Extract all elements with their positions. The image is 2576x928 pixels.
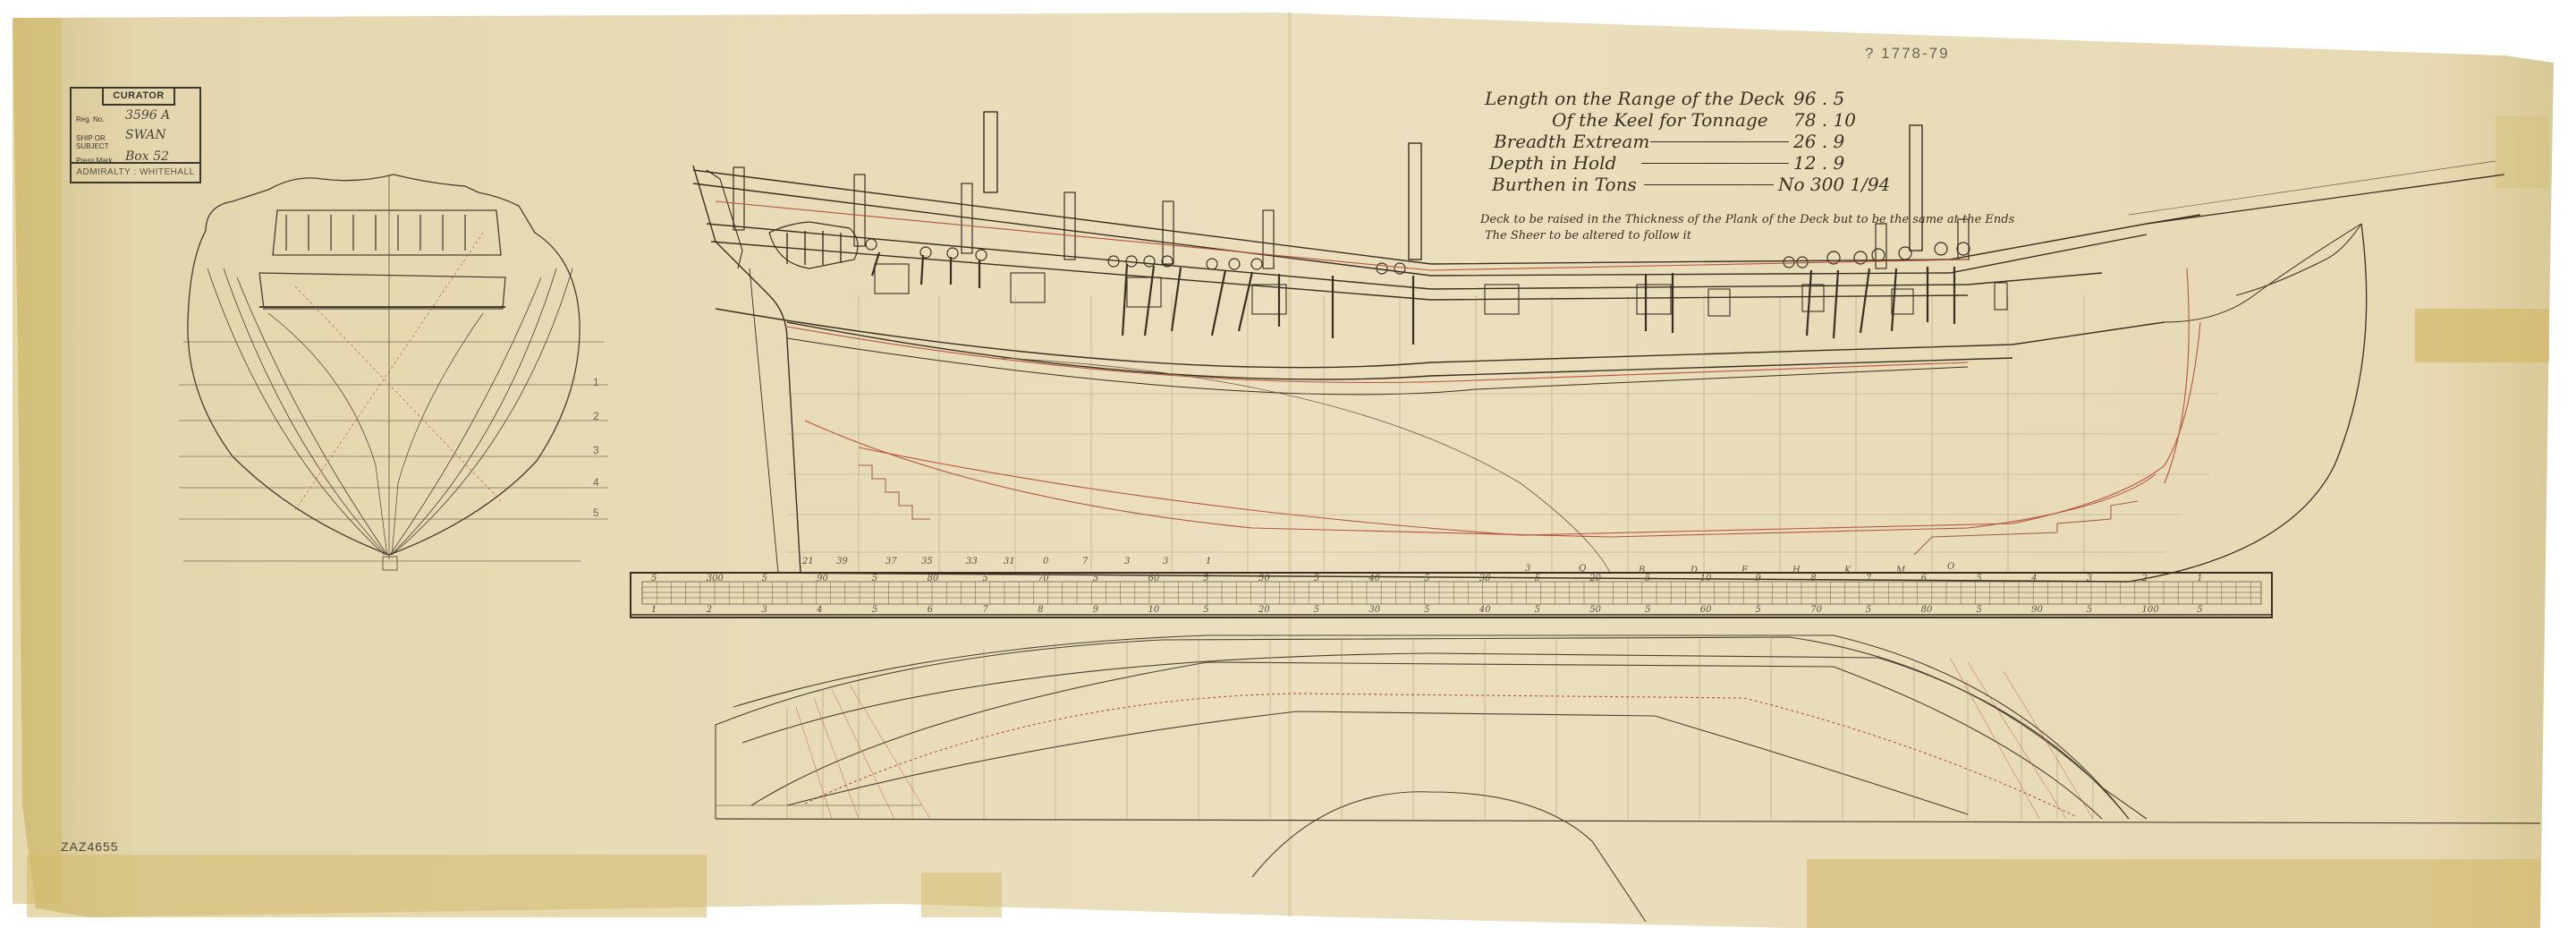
scale-label: 40	[1368, 574, 1380, 583]
scale-label: 20	[1589, 574, 1601, 583]
scale-label: 7	[1866, 574, 1871, 583]
ship-label-line2: SUBJECT	[76, 142, 108, 150]
dimension-label: Burthen in Tons	[1492, 174, 1637, 195]
station-label: O	[1947, 562, 1954, 572]
scale-label: 10	[1700, 574, 1712, 583]
ship-row: SHIP OR SUBJECT SWAN	[76, 134, 108, 150]
scale-label: 2	[2142, 574, 2148, 583]
scale-label: 80	[928, 574, 939, 583]
scale-label: 5	[1866, 605, 1871, 615]
scale-label: 8	[1810, 574, 1816, 583]
tape-stain	[27, 855, 707, 917]
paper-sheet	[13, 13, 2554, 928]
station-label: 37	[885, 557, 897, 566]
tape-stain	[921, 873, 1002, 917]
scale-label: 5	[1203, 605, 1208, 615]
scale-label: 3	[2087, 574, 2092, 583]
scale-label: 1	[651, 605, 657, 615]
waterline-label: 4	[593, 476, 599, 489]
scale-label: 40	[1479, 605, 1491, 615]
scale-label: 30	[1368, 605, 1380, 615]
station-label: H	[1792, 566, 1801, 575]
scale-label: 5	[1093, 574, 1098, 583]
catalogue-number: ZAZ4655	[61, 839, 119, 854]
station-label: 3	[1124, 557, 1130, 566]
scale-label: 5	[982, 574, 987, 583]
dimension-value: 12 . 9	[1793, 152, 1844, 174]
scale-label: 60	[1148, 574, 1160, 583]
scale-label: 5	[761, 574, 767, 583]
scale-label: 8	[1038, 605, 1043, 615]
reg-no-label: Reg. No.	[76, 115, 105, 123]
station-label: 33	[966, 557, 978, 566]
deck-note-line2: The Sheer to be altered to follow it	[1485, 229, 1691, 243]
station-label: 1	[1206, 557, 1211, 566]
reg-no-value: 3596 A	[125, 108, 170, 123]
leader-line	[1641, 163, 1789, 164]
scale-label: 6	[928, 605, 933, 615]
scale-label: 5	[872, 605, 877, 615]
scale-label: 50	[1258, 574, 1270, 583]
drawing-canvas	[0, 0, 2576, 928]
reg-no-row: Reg. No. 3596 A	[76, 115, 105, 123]
leader-line	[1644, 184, 1774, 185]
station-label: D	[1690, 566, 1698, 575]
scale-label: 4	[2031, 574, 2037, 583]
scale-label: 1	[2197, 574, 2202, 583]
scale-label: 5	[1203, 574, 1208, 583]
scale-label: 9	[1093, 605, 1098, 615]
scale-label: 5	[872, 574, 877, 583]
dimension-value: 96 . 5	[1793, 88, 1844, 109]
waterline-label: 3	[593, 444, 599, 456]
station-label: K	[1844, 566, 1851, 575]
station-label: 0	[1043, 557, 1048, 566]
curator-stamp: CURATOR Reg. No. 3596 A SHIP OR SUBJECT …	[70, 87, 201, 183]
station-label: Q	[1579, 564, 1586, 574]
station-label: 7	[1082, 557, 1088, 566]
dimension-label: Depth in Hold	[1489, 152, 1616, 174]
scale-label: 5	[1535, 574, 1540, 583]
ship-label-line1: SHIP OR	[76, 134, 108, 142]
scale-label: 6	[1921, 574, 1927, 583]
scale-label: 4	[817, 605, 822, 615]
waterline-label: 1	[593, 376, 599, 388]
scale-label: 2	[707, 605, 712, 615]
scale-label: 60	[1700, 605, 1712, 615]
dimension-value: 26 . 9	[1793, 131, 1844, 152]
scale-label: 5	[1755, 605, 1760, 615]
dimension-value: 78 . 10	[1793, 109, 1856, 131]
fold-line	[1288, 13, 1292, 916]
scale-label: 9	[1755, 574, 1760, 583]
station-label: 39	[836, 557, 848, 566]
station-label: 21	[802, 557, 814, 566]
station-label: M	[1896, 566, 1905, 575]
tape-stain	[2415, 309, 2549, 362]
waterline-label: 5	[593, 507, 599, 519]
scale-label: 70	[1810, 605, 1822, 615]
tape-stain	[2495, 116, 2549, 188]
scale-label: 3	[761, 605, 767, 615]
station-label: 3	[1525, 564, 1530, 574]
scale-label: 5	[1424, 605, 1429, 615]
ship-value: SWAN	[125, 132, 166, 140]
scale-label: 20	[1258, 605, 1270, 615]
dimension-label: Breadth Extream	[1494, 131, 1649, 152]
scale-label: 5	[1314, 574, 1319, 583]
scale-label: 5	[1645, 574, 1650, 583]
scale-label: 10	[1148, 605, 1160, 615]
tape-stain	[13, 18, 62, 904]
scale-label: 7	[982, 605, 987, 615]
station-label: F	[1741, 566, 1748, 575]
scale-label: 30	[1479, 574, 1491, 583]
scale-label: 5	[2197, 605, 2202, 615]
date-pencil-note: ? 1778-79	[1865, 45, 1950, 63]
scale-label: 5	[1645, 605, 1650, 615]
leader-line	[1650, 141, 1789, 142]
scale-label: 80	[1921, 605, 1933, 615]
station-label: 3	[1163, 557, 1168, 566]
deck-note-line1: Deck to be raised in the Thickness of th…	[1480, 213, 2014, 226]
scale-label: 50	[1589, 605, 1601, 615]
scale-label: 300	[707, 574, 724, 583]
scale-label: 90	[2031, 605, 2043, 615]
scale-label: 70	[1038, 574, 1049, 583]
scale-label: 5	[1976, 605, 1981, 615]
scale-label: 100	[2142, 605, 2159, 615]
waterline-label: 2	[593, 410, 599, 422]
scale-label: 5	[1424, 574, 1429, 583]
ship-draught-sheet: CURATOR Reg. No. 3596 A SHIP OR SUBJECT …	[0, 0, 2576, 928]
dimension-value: No 300 1/94	[1778, 174, 1890, 195]
scale-label: 5	[2087, 605, 2092, 615]
scale-label: 90	[817, 574, 828, 583]
scale-label: 5	[1535, 605, 1540, 615]
curator-stamp-title: CURATOR	[102, 88, 175, 106]
dimension-label: Length on the Range of the Deck	[1485, 88, 1785, 109]
scale-label: 5	[651, 574, 657, 583]
station-label: 31	[1004, 557, 1015, 566]
station-label: 35	[921, 557, 933, 566]
dimension-label: Of the Keel for Tonnage	[1552, 109, 1768, 131]
scale-label: 5	[1976, 574, 1981, 583]
scale-label: 5	[1314, 605, 1319, 615]
tape-stain	[1807, 859, 2540, 928]
curator-stamp-footer: ADMIRALTY : WHITEHALL	[72, 162, 199, 182]
